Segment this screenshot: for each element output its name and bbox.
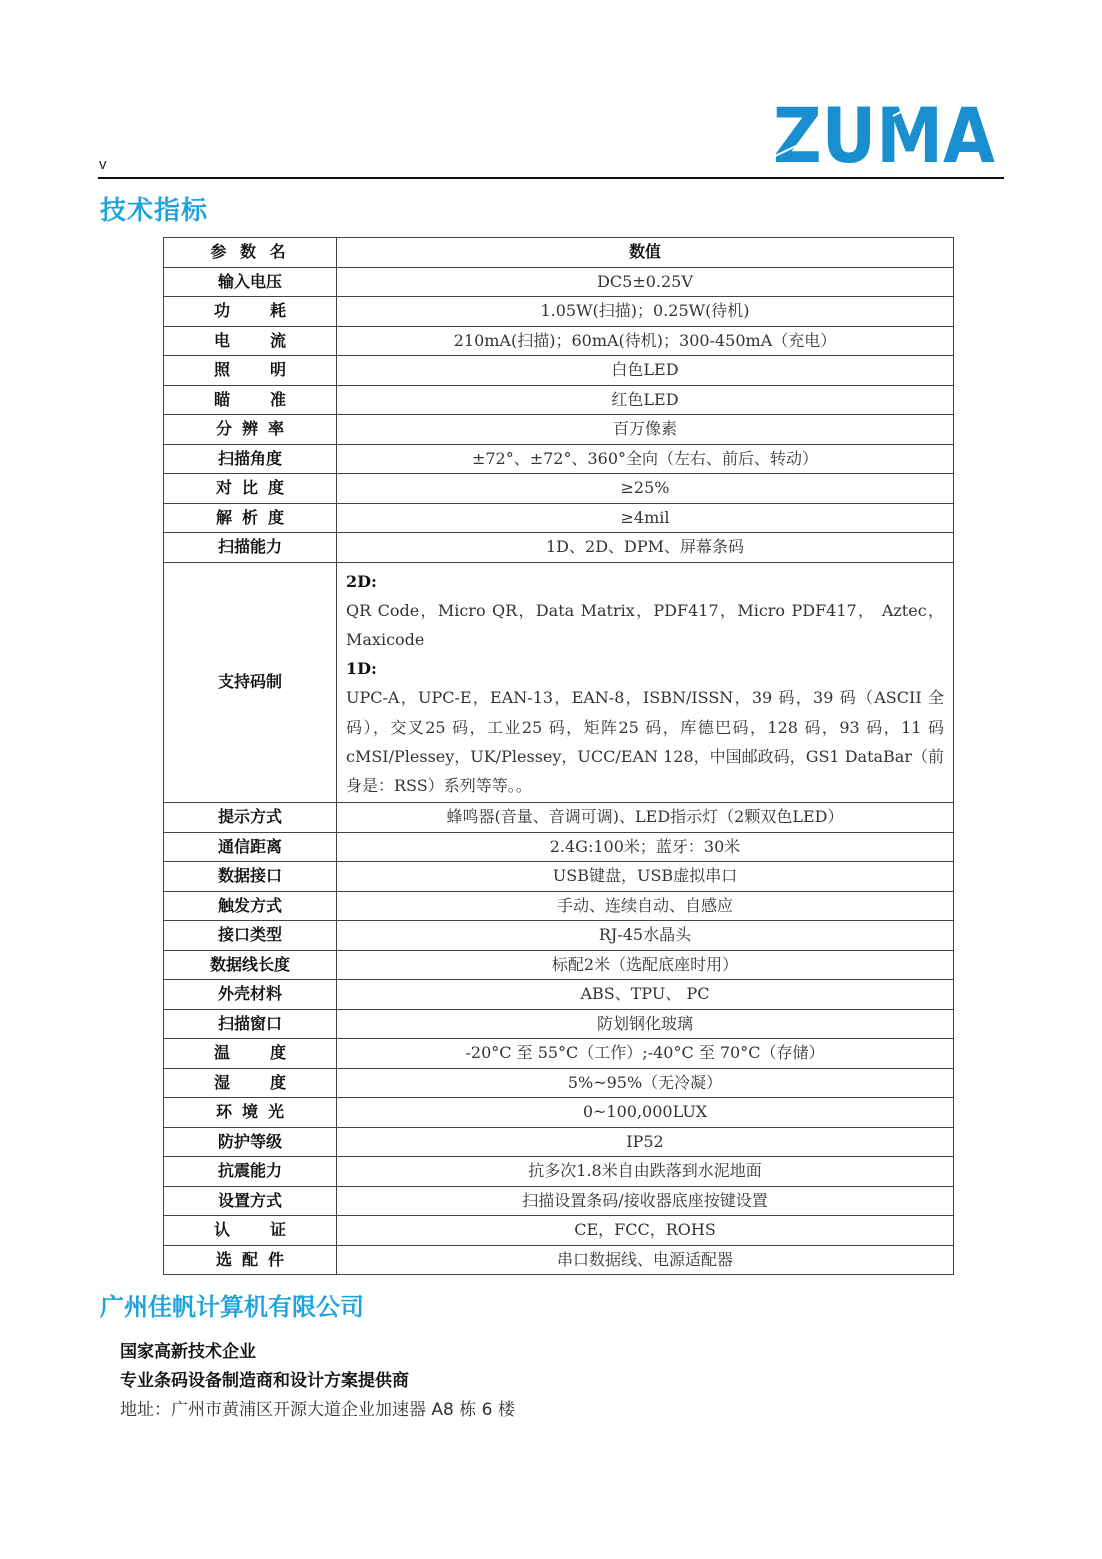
value-cell: 标配2米（选配底座时用） bbox=[337, 950, 954, 980]
value-cell: 1.05W(扫描)；0.25W(待机) bbox=[337, 297, 954, 327]
value-cell: 手动、连续自动、自感应 bbox=[337, 891, 954, 921]
header-param: 参 数 名 bbox=[164, 238, 337, 268]
param-cell: 设置方式 bbox=[164, 1186, 337, 1216]
value-cell: 防划钢化玻璃 bbox=[337, 1009, 954, 1039]
param-cell: 接口类型 bbox=[164, 921, 337, 951]
table-row: 解析度 ≥4mil bbox=[164, 503, 954, 533]
param-cell: 认证 bbox=[164, 1216, 337, 1246]
table-row: 电流 210mA(扫描)；60mA(待机)；300-450mA（充电） bbox=[164, 326, 954, 356]
value-cell: -20°C 至 55°C（工作）;-40°C 至 70°C（存储） bbox=[337, 1039, 954, 1069]
table-row: 抗震能力 抗多次1.8米自由跌落到水泥地面 bbox=[164, 1157, 954, 1187]
value-cell: 0~100,000LUX bbox=[337, 1098, 954, 1128]
table-row: 设置方式 扫描设置条码/接收器底座按键设置 bbox=[164, 1186, 954, 1216]
param-cell: 解析度 bbox=[164, 503, 337, 533]
value-cell: ≥25% bbox=[337, 474, 954, 504]
table-row: 认证 CE，FCC，ROHS bbox=[164, 1216, 954, 1246]
value-cell: CE，FCC，ROHS bbox=[337, 1216, 954, 1246]
value-cell: DC5±0.25V bbox=[337, 267, 954, 297]
table-row: 扫描角度 ±72°、±72°、360°全向（左右、前后、转动） bbox=[164, 444, 954, 474]
table-row: 数据接口 USB键盘，USB虚拟串口 bbox=[164, 862, 954, 892]
param-cell: 抗震能力 bbox=[164, 1157, 337, 1187]
table-row: 外壳材料 ABS、TPU、 PC bbox=[164, 980, 954, 1010]
value-cell: ABS、TPU、 PC bbox=[337, 980, 954, 1010]
param-cell: 扫描角度 bbox=[164, 444, 337, 474]
param-cell: 输入电压 bbox=[164, 267, 337, 297]
value-cell: ≥4mil bbox=[337, 503, 954, 533]
param-cell: 外壳材料 bbox=[164, 980, 337, 1010]
param-cell: 数据接口 bbox=[164, 862, 337, 892]
table-row: 接口类型 RJ-45水晶头 bbox=[164, 921, 954, 951]
section-title: 技术指标 bbox=[100, 190, 208, 227]
param-cell: 分辨率 bbox=[164, 415, 337, 445]
value-cell: RJ-45水晶头 bbox=[337, 921, 954, 951]
param-cell: 湿度 bbox=[164, 1068, 337, 1098]
table-row: 分辨率 百万像素 bbox=[164, 415, 954, 445]
value-cell: IP52 bbox=[337, 1127, 954, 1157]
value-cell: 5%~95%（无冷凝） bbox=[337, 1068, 954, 1098]
value-cell: 串口数据线、电源适配器 bbox=[337, 1245, 954, 1275]
company-address: 地址：广州市黄浦区开源大道企业加速器 A8 栋 6 楼 bbox=[120, 1395, 515, 1420]
table-row: 通信距离 2.4G:100米；蓝牙：30米 bbox=[164, 832, 954, 862]
table-row: 防护等级 IP52 bbox=[164, 1127, 954, 1157]
spec-table: 参 数 名 数值 输入电压 DC5±0.25V 功耗 1.05W(扫描)；0.2… bbox=[163, 237, 954, 1275]
zuma-logo: ZUMA bbox=[773, 98, 998, 168]
table-row: 瞄准 红色LED bbox=[164, 385, 954, 415]
company-name: 广州佳帆计算机有限公司 bbox=[100, 1287, 364, 1322]
table-row: 温度 -20°C 至 55°C（工作）;-40°C 至 70°C（存储） bbox=[164, 1039, 954, 1069]
table-header-row: 参 数 名 数值 bbox=[164, 238, 954, 268]
page-marker: v bbox=[99, 156, 107, 173]
value-cell: 红色LED bbox=[337, 385, 954, 415]
tagline-manufacturer: 专业条码设备制造商和设计方案提供商 bbox=[120, 1366, 409, 1391]
header-value: 数值 bbox=[337, 238, 954, 268]
param-cell: 数据线长度 bbox=[164, 950, 337, 980]
codes-1d-label: 1D: bbox=[346, 654, 944, 683]
param-cell: 瞄准 bbox=[164, 385, 337, 415]
value-cell: 2.4G:100米；蓝牙：30米 bbox=[337, 832, 954, 862]
value-cell: ±72°、±72°、360°全向（左右、前后、转动） bbox=[337, 444, 954, 474]
tagline-high-tech: 国家高新技术企业 bbox=[120, 1337, 256, 1362]
table-row-supported-codes: 支持码制 2D: QR Code，Micro QR，Data Matrix，PD… bbox=[164, 562, 954, 803]
param-cell: 防护等级 bbox=[164, 1127, 337, 1157]
table-row: 输入电压 DC5±0.25V bbox=[164, 267, 954, 297]
table-row: 对比度 ≥25% bbox=[164, 474, 954, 504]
param-cell: 功耗 bbox=[164, 297, 337, 327]
param-cell: 提示方式 bbox=[164, 803, 337, 833]
codes-2d-label: 2D: bbox=[346, 567, 944, 596]
table-row: 提示方式 蜂鸣器(音量、音调可调)、LED指示灯（2颗双色LED） bbox=[164, 803, 954, 833]
value-cell: 百万像素 bbox=[337, 415, 954, 445]
param-cell: 环境光 bbox=[164, 1098, 337, 1128]
header-rule bbox=[98, 177, 1004, 179]
table-row: 触发方式 手动、连续自动、自感应 bbox=[164, 891, 954, 921]
value-cell: 1D、2D、DPM、屏幕条码 bbox=[337, 533, 954, 563]
value-cell: 蜂鸣器(音量、音调可调)、LED指示灯（2颗双色LED） bbox=[337, 803, 954, 833]
param-cell: 对比度 bbox=[164, 474, 337, 504]
param-cell: 通信距离 bbox=[164, 832, 337, 862]
table-row: 选配件 串口数据线、电源适配器 bbox=[164, 1245, 954, 1275]
param-cell: 扫描能力 bbox=[164, 533, 337, 563]
param-cell: 温度 bbox=[164, 1039, 337, 1069]
supported-codes-cell: 2D: QR Code，Micro QR，Data Matrix，PDF417，… bbox=[337, 562, 954, 803]
table-row: 功耗 1.05W(扫描)；0.25W(待机) bbox=[164, 297, 954, 327]
value-cell: USB键盘，USB虚拟串口 bbox=[337, 862, 954, 892]
table-row: 湿度 5%~95%（无冷凝） bbox=[164, 1068, 954, 1098]
table-row: 扫描窗口 防划钢化玻璃 bbox=[164, 1009, 954, 1039]
table-row: 照明 白色LED bbox=[164, 356, 954, 386]
table-row: 扫描能力 1D、2D、DPM、屏幕条码 bbox=[164, 533, 954, 563]
param-cell: 照明 bbox=[164, 356, 337, 386]
table-row: 环境光 0~100,000LUX bbox=[164, 1098, 954, 1128]
value-cell: 白色LED bbox=[337, 356, 954, 386]
table-row: 数据线长度 标配2米（选配底座时用） bbox=[164, 950, 954, 980]
value-cell: 扫描设置条码/接收器底座按键设置 bbox=[337, 1186, 954, 1216]
value-cell: 抗多次1.8米自由跌落到水泥地面 bbox=[337, 1157, 954, 1187]
param-cell: 触发方式 bbox=[164, 891, 337, 921]
value-cell: 210mA(扫描)；60mA(待机)；300-450mA（充电） bbox=[337, 326, 954, 356]
param-cell: 支持码制 bbox=[164, 562, 337, 803]
param-cell: 选配件 bbox=[164, 1245, 337, 1275]
codes-1d-list: UPC-A，UPC-E，EAN-13，EAN-8，ISBN/ISSN，39 码，… bbox=[346, 683, 944, 800]
param-cell: 扫描窗口 bbox=[164, 1009, 337, 1039]
param-cell: 电流 bbox=[164, 326, 337, 356]
codes-2d-list: QR Code，Micro QR，Data Matrix，PDF417，Micr… bbox=[346, 596, 944, 654]
svg-text:ZUMA: ZUMA bbox=[773, 98, 995, 168]
